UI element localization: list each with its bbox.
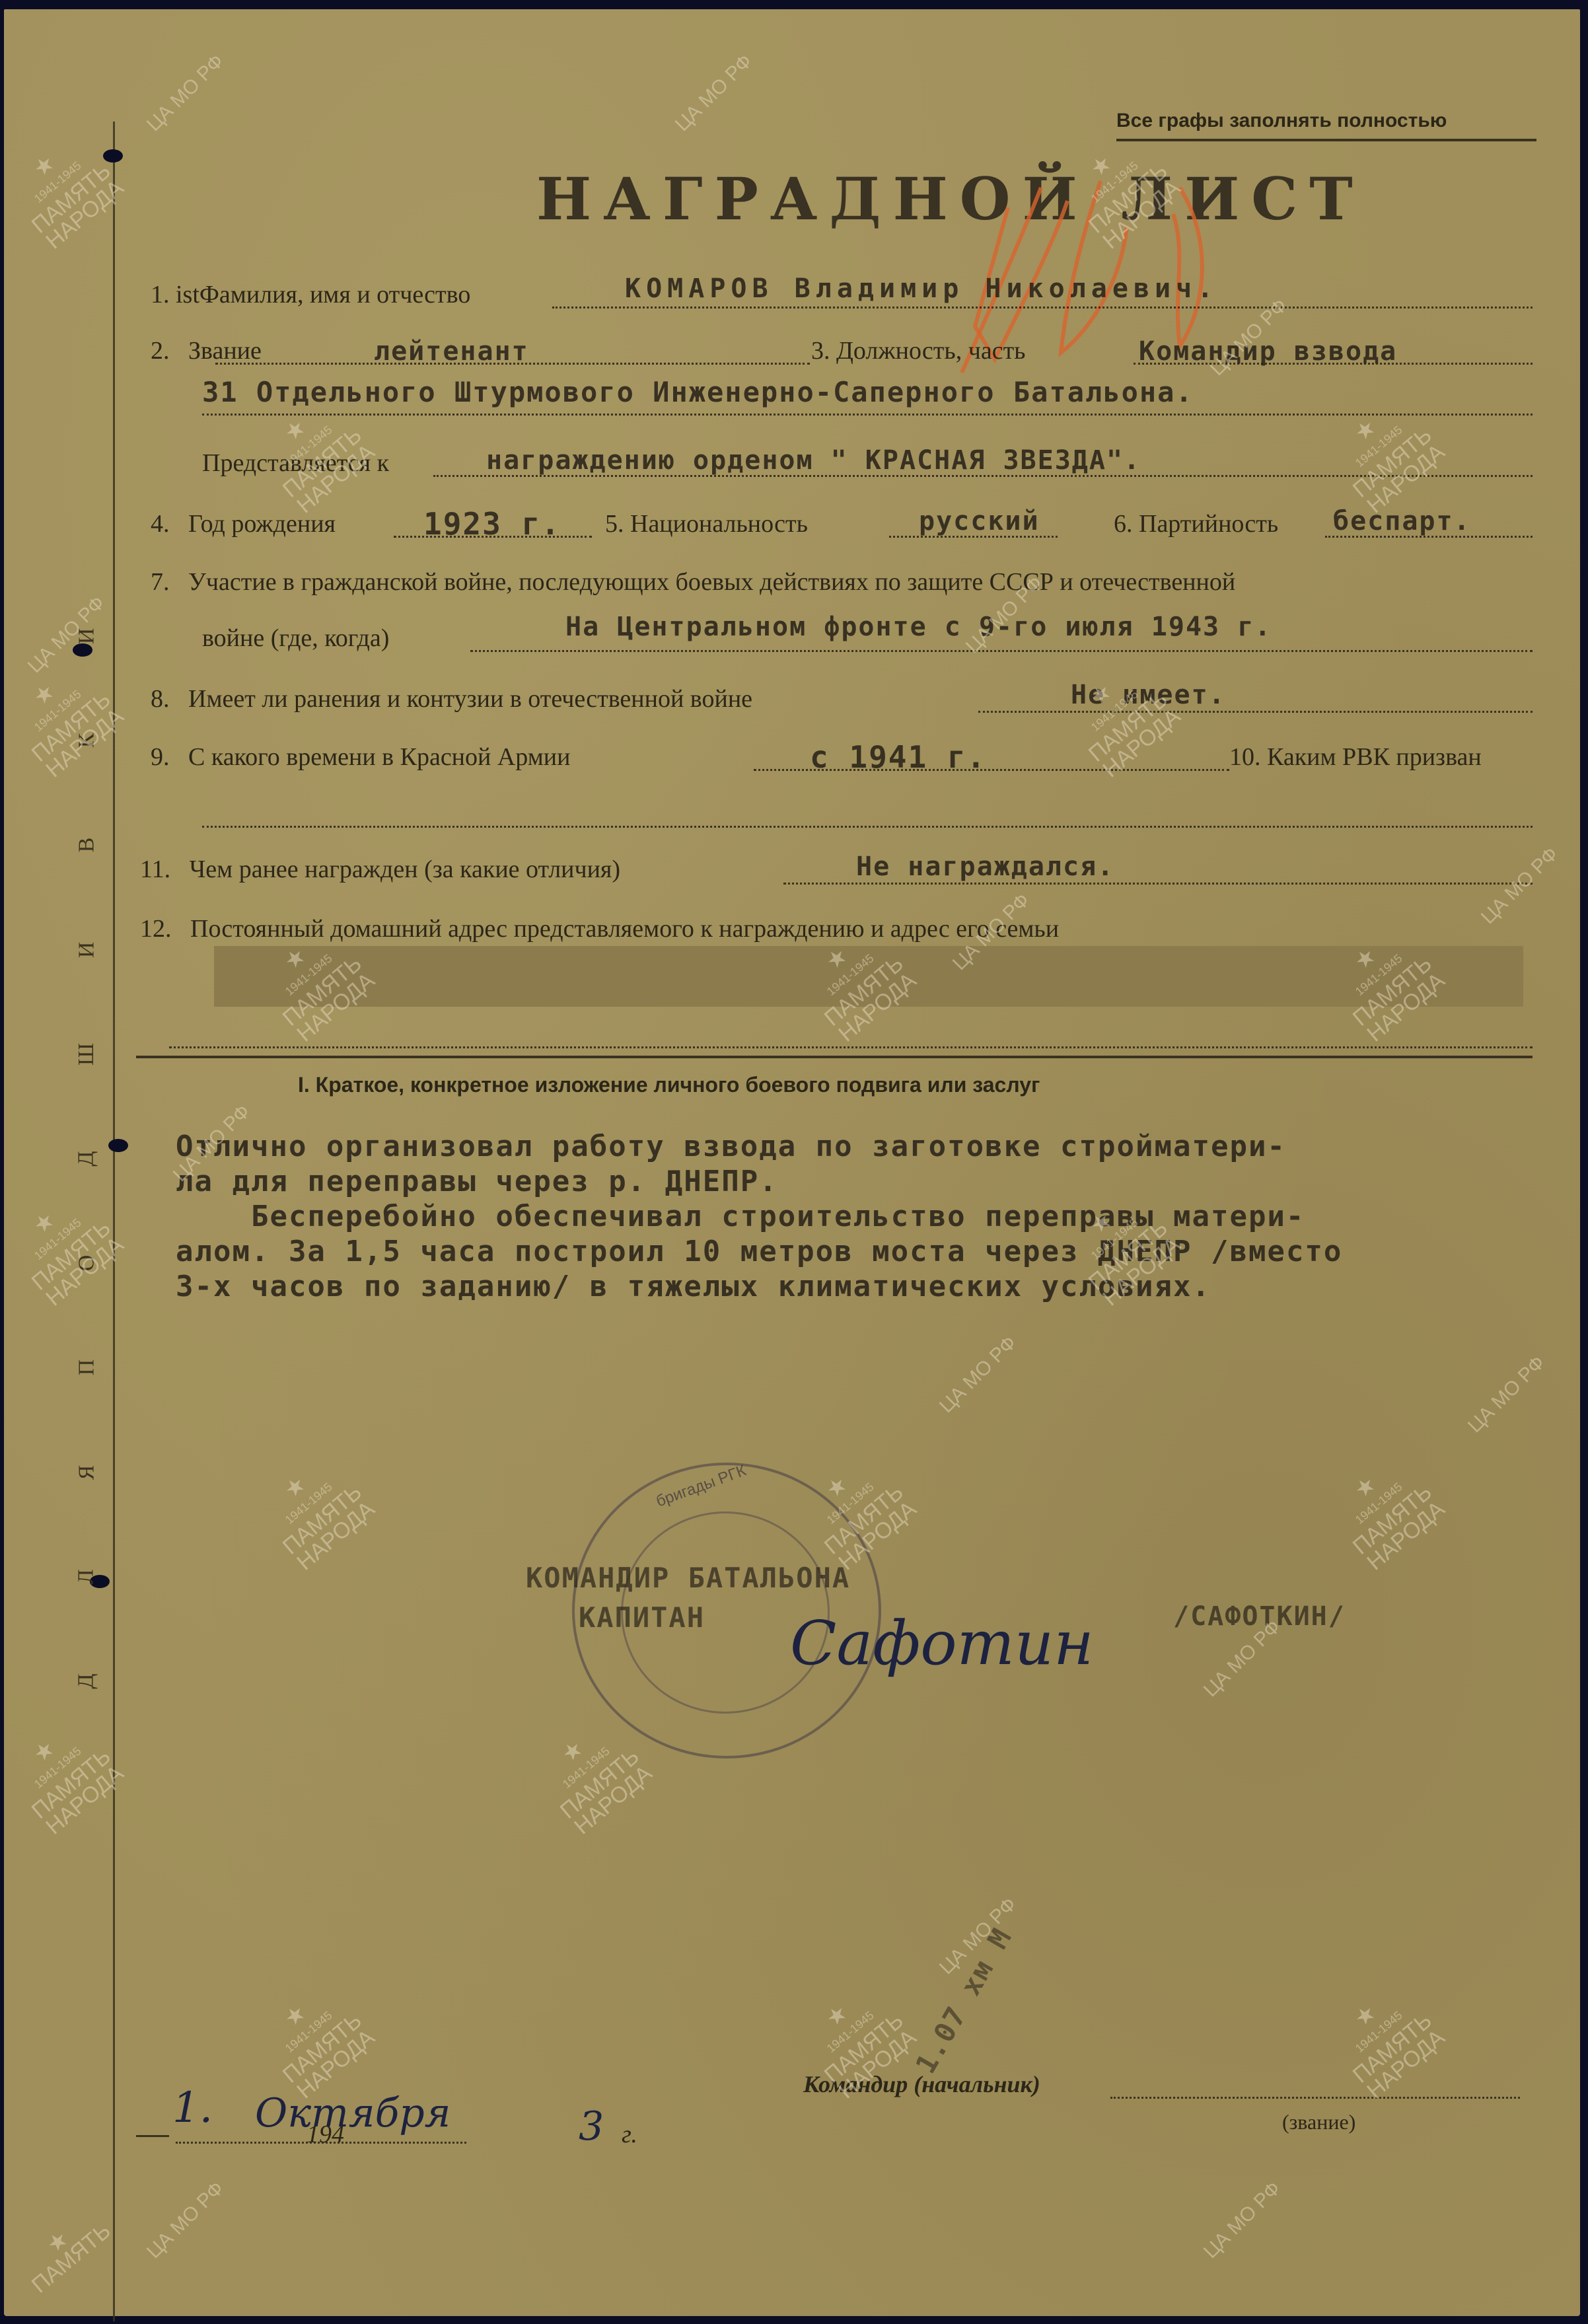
feat-line: Отлично организовал работу взвода по заг… — [176, 1129, 1342, 1164]
watermark-years: 1941-1945 — [266, 1465, 351, 1542]
watermark-pamyat-naroda: ★ 1941-1945 ПАМЯТЬ НАРОДА — [252, 1449, 379, 1574]
side-letter: Л — [74, 1569, 99, 1584]
feat-line: алом. За 1,5 часа построил 10 метров мос… — [176, 1234, 1342, 1269]
commander-line — [1110, 2097, 1520, 2099]
presented-for-label: Представляется к — [202, 449, 389, 478]
star-icon: ★ — [530, 1713, 616, 1790]
watermark-years: 1941-1945 — [543, 1729, 629, 1806]
star-icon: ★ — [15, 2204, 100, 2280]
watermark-camo: ЦА МО РФ — [1200, 2177, 1285, 2263]
side-letter: К — [74, 733, 99, 748]
stamp-text: бригады РГК — [654, 1461, 749, 1511]
side-letter: Д — [74, 1673, 99, 1689]
star-icon: ★ — [1, 1713, 87, 1790]
field-5-label: 5. Национальность — [605, 509, 808, 538]
field-7-line — [470, 650, 1533, 652]
field-8-line — [978, 711, 1533, 713]
watermark-pamyat-naroda: ★ 1941-1945 ПАМЯТЬ НАРОДА — [530, 1713, 657, 1838]
date-day-line — [136, 2135, 169, 2137]
field-6-label: 6. Партийность — [1114, 509, 1278, 538]
star-icon: ★ — [1322, 1977, 1408, 2054]
watermark-pamyat-naroda: ★ 1941-1945 ПАМЯТЬ НАРОДА — [1058, 656, 1185, 781]
side-letter: И — [74, 628, 99, 645]
watermark-pamyat-naroda: ★ 1941-1945 ПАМЯТЬ НАРОДА — [1, 656, 128, 781]
field-7-label: 7. Участие в гражданской войне, последую… — [151, 567, 1235, 597]
watermark-line: ПАМЯТЬ — [28, 160, 114, 236]
side-margin-text: Д Л Я П О Д Ш И В К И — [67, 624, 106, 1694]
handwritten-signature: Сафотин — [790, 1608, 1094, 1679]
award-sheet-paper: Д Л Я П О Д Ш И В К И Все графы заполнят… — [4, 9, 1580, 2316]
field-3-value-position: Командир взвода — [1139, 336, 1397, 367]
field-8-value-wounds: Не имеет. — [1071, 680, 1226, 710]
field-3-line-2 — [202, 414, 1533, 416]
watermark-line: ПАМЯТЬ — [279, 1481, 365, 1558]
separator-dotted — [169, 1046, 1533, 1048]
watermark-line: НАРОДА — [570, 1762, 656, 1838]
presented-for-value-award: награждению орденом " КРАСНАЯ ЗВЕЗДА". — [486, 445, 1141, 476]
side-letter: Ш — [74, 1043, 99, 1066]
punch-hole — [108, 1139, 128, 1152]
commander-label: Командир (начальник) — [803, 2070, 1040, 2098]
side-letter: И — [74, 941, 99, 958]
watermark-years: 1941-1945 — [15, 1729, 100, 1806]
header-underline — [1116, 139, 1536, 141]
watermark-years: 1941-1945 — [1336, 1465, 1422, 1542]
watermark-camo: ЦА МО РФ — [935, 1332, 1021, 1418]
watermark-pamyat-naroda: ★ ПАМЯТЬ — [15, 2204, 114, 2297]
watermark-years: 1941-1945 — [266, 1994, 351, 2070]
separator-solid — [136, 1056, 1533, 1058]
watermark-pamyat-naroda: ★ 1941-1945 ПАМЯТЬ НАРОДА — [1, 1184, 128, 1310]
date-year-suffix: 3 — [579, 2103, 604, 2150]
redacted-address-block — [214, 946, 1523, 1007]
signatory-typed-name: /САФОТКИН/ — [1173, 1601, 1346, 1632]
watermark-line: ПАМЯТЬ — [28, 1745, 114, 1822]
watermark-pamyat-naroda: ★ 1941-1945 ПАМЯТЬ НАРОДА — [252, 1977, 379, 2103]
field-7-label-cont: войне (где, когда) — [202, 624, 389, 653]
watermark-pamyat-naroda: ★ 1941-1945 ПАМЯТЬ НАРОДА — [1, 1713, 128, 1838]
field-1-line — [552, 307, 1533, 309]
field-6-value-party: беспарт. — [1333, 506, 1471, 536]
watermark-line: НАРОДА — [1363, 2026, 1449, 2103]
watermark-line: ПАМЯТЬ — [1350, 1481, 1435, 1558]
feat-line: 3-х часов по заданию/ в тяжелых климатич… — [176, 1269, 1342, 1304]
watermark-years: 1941-1945 — [1336, 1994, 1422, 2070]
side-letter: П — [74, 1360, 99, 1376]
star-icon: ★ — [252, 1449, 338, 1525]
date-year-prefix: 194 — [307, 2120, 344, 2149]
field-1-value-full-name: КОМАРОВ Владимир Николаевич. — [625, 273, 1218, 304]
star-icon: ★ — [252, 1977, 338, 2054]
field-11-label: 11. Чем ранее награжден (за какие отличи… — [140, 855, 620, 884]
field-11-line — [783, 883, 1533, 885]
signatory-rank: КАПИТАН — [579, 1601, 705, 1634]
registry-stamp-number: 1.07 хм М — [909, 1922, 1018, 2079]
watermark-pamyat-naroda: ★ 1941-1945 ПАМЯТЬ НАРОДА — [1322, 392, 1449, 517]
watermark-pamyat-naroda: ★ 1941-1945 ПАМЯТЬ НАРОДА — [1, 127, 128, 253]
feat-heading: I. Краткое, конкретное изложение личного… — [298, 1073, 1040, 1097]
watermark-camo: ЦА МО РФ — [143, 2177, 229, 2263]
star-icon: ★ — [1322, 1449, 1408, 1525]
watermark-line: ПАМЯТЬ — [28, 2220, 114, 2296]
side-letter: Д — [74, 1151, 99, 1166]
field-2-value-rank: лейтенант — [374, 336, 529, 367]
field-9-label: 9. С какого времени в Красной Армии — [151, 743, 570, 772]
watermark-line: НАРОДА — [1363, 1498, 1449, 1574]
watermark-camo: ЦА МО РФ — [143, 50, 229, 136]
field-2-label: 2. Звание — [151, 336, 262, 365]
date-month: Октября — [255, 2090, 451, 2136]
watermark-line: ПАМЯТЬ — [1350, 2010, 1435, 2086]
field-7-value-service: На Центральном фронте с 9-го июля 1943 г… — [565, 612, 1272, 642]
watermark-camo: ЦА МО РФ — [1464, 1352, 1550, 1437]
watermark-line: ПАМЯТЬ — [557, 1745, 643, 1822]
watermark-camo: ЦА МО РФ — [671, 50, 757, 136]
field-9-value-since: с 1941 г. — [810, 739, 986, 775]
feat-line: Бесперебойно обеспечивал строительство п… — [176, 1199, 1342, 1234]
field-3-value-unit: 31 Отдельного Штурмового Инженерно-Сапер… — [202, 376, 1194, 408]
field-1-label: 1. istФамилия, имя и отчество — [151, 280, 470, 309]
watermark-line: НАРОДА — [293, 1498, 379, 1574]
field-12-label: 12. Постоянный домашний адрес представля… — [140, 914, 1059, 943]
star-icon: ★ — [1, 127, 87, 204]
side-letter: В — [74, 838, 99, 853]
watermark-years: 1941-1945 — [15, 144, 100, 221]
watermark-camo: ЦА МО РФ — [1477, 843, 1563, 929]
field-4-value-birth-year: 1923 г. — [423, 506, 561, 542]
star-icon: ★ — [794, 1977, 880, 2054]
field-3-label: 3. Должность, часть — [811, 336, 1026, 365]
watermark-line: ПАМЯТЬ — [279, 2010, 365, 2086]
field-10-label: 10. Каким РВК призван — [1229, 743, 1482, 772]
field-5-value-nationality: русский — [919, 506, 1040, 536]
watermark-pamyat-naroda: ★ 1941-1945 ПАМЯТЬ НАРОДА — [1322, 1977, 1449, 2103]
feat-line: ла для переправы через р. ДНЕПР. — [176, 1164, 1342, 1199]
field-11-value-prior-awards: Не награждался. — [856, 852, 1114, 882]
field-4-label: 4. Год рождения — [151, 509, 336, 538]
date-year-g: г. — [622, 2120, 637, 2149]
punch-hole — [103, 149, 123, 163]
side-letter: О — [74, 1255, 99, 1272]
side-letter: Я — [74, 1465, 99, 1480]
watermark-pamyat-naroda: ★ 1941-1945 ПАМЯТЬ НАРОДА — [1322, 1449, 1449, 1574]
feat-text: Отлично организовал работу взвода по заг… — [176, 1129, 1342, 1304]
field-10-line — [202, 826, 1533, 828]
date-day: 1. — [172, 2084, 213, 2132]
binding-margin-line — [113, 122, 115, 2321]
signatory-title: КОМАНДИР БАТАЛЬОНА — [526, 1562, 850, 1594]
header-note: Все графы заполнять полностью — [1116, 110, 1447, 132]
watermark-years: 1941-1945 — [807, 1994, 893, 2070]
field-8-label: 8. Имеет ли ранения и контузии в отечест… — [151, 684, 752, 713]
watermark-line: ПАМЯТЬ — [1350, 424, 1435, 501]
star-icon: ★ — [1322, 392, 1408, 468]
watermark-years: 1941-1945 — [1336, 408, 1422, 485]
rank-caption: (звание) — [1282, 2110, 1355, 2134]
